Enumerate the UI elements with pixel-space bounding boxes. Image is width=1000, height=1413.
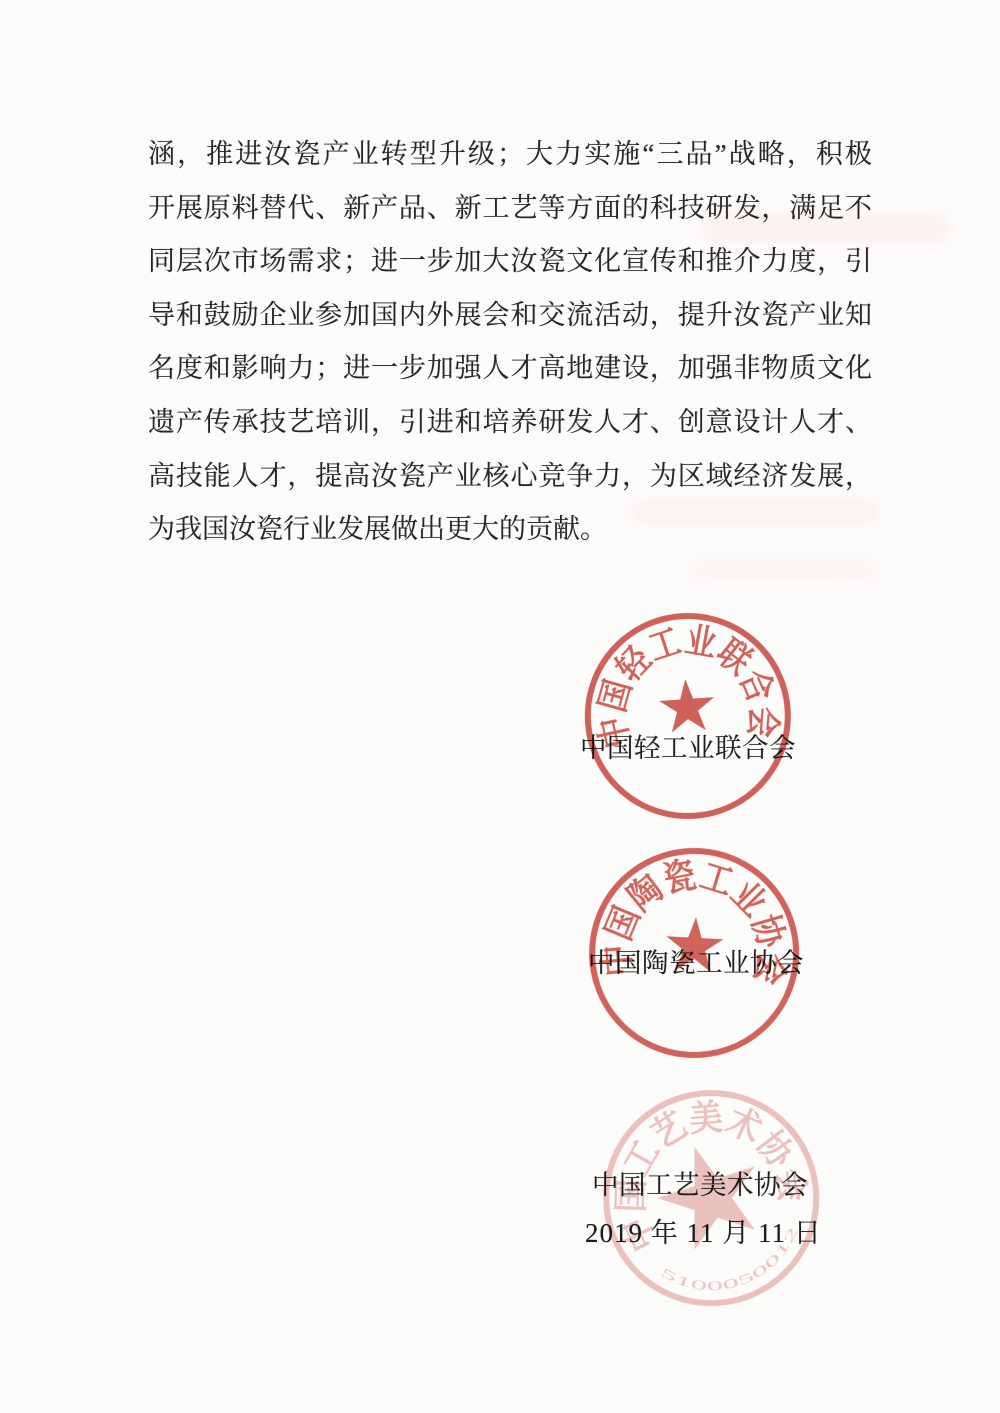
text-line: 导和鼓励企业参加国内外展会和交流活动，提升汝瓷产业知 <box>148 289 872 343</box>
text-line: 遗产传承技艺培训，引进和培养研发人才、创意设计人才、 <box>148 396 872 450</box>
text-line: 为我国汝瓷行业发展做出更大的贡献。 <box>148 503 872 557</box>
text-line: 开展原料替代、新产品、新工艺等方面的科技研发，满足不 <box>148 182 872 236</box>
text-line: 名度和影响力；进一步加强人才高地建设，加强非物质文化 <box>148 342 872 396</box>
ink-bleed-mark <box>690 558 880 584</box>
signature-line-light-industry: 中国轻工业联合会 <box>580 726 796 765</box>
body-paragraph: 涵，推进汝瓷产业转型升级；大力实施“三品”战略，积极 开展原料替代、新产品、新工… <box>148 128 872 557</box>
text-line: 同层次市场需求；进一步加大汝瓷文化宣传和推介力度，引 <box>148 235 872 289</box>
signature-line-arts-crafts: 中国工艺美术协会 <box>592 1163 808 1202</box>
signature-line-ceramic-industry: 中国陶瓷工业协会 <box>588 941 804 980</box>
seal-ring <box>581 609 794 822</box>
seal-star-icon <box>658 677 717 733</box>
seal-graphic: 中国轻工业联合会 <box>578 606 798 826</box>
document-page: 涵，推进汝瓷产业转型升级；大力实施“三品”战略，积极 开展原料替代、新产品、新工… <box>0 0 1000 1413</box>
text-line: 涵，推进汝瓷产业转型升级；大力实施“三品”战略，积极 <box>148 128 872 182</box>
text-line: 高技能人才，提高汝瓷产业核心竞争力，为区域经济发展， <box>148 450 872 504</box>
date-line: 2019 年 11 月 11 日 <box>585 1211 822 1250</box>
official-seal-light-industry: 中国轻工业联合会 <box>578 606 798 831</box>
